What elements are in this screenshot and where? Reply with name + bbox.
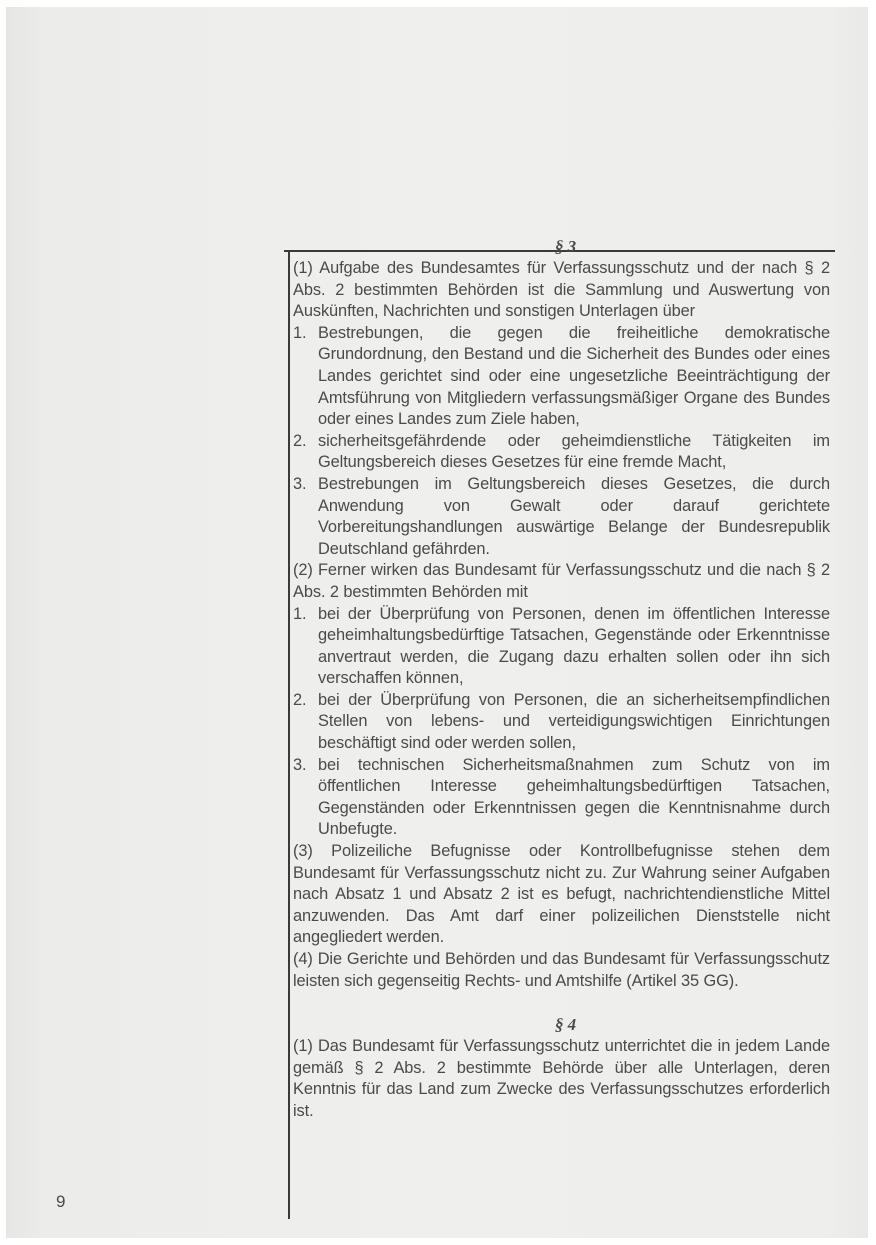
list-item-text: bei technischen Sicherheitsmaßnahmen zum…	[318, 756, 830, 839]
list-item-number: 3.	[293, 474, 306, 496]
list-item-text: sicherheitsgefährdende oder geheimdienst…	[318, 432, 830, 472]
list-3-2: 1. bei der Überprüfung von Personen, den…	[293, 604, 830, 842]
paragraph-3-4: (4) Die Gerichte und Behörden und das Bu…	[293, 949, 830, 992]
paragraph-3-1: (1) Aufgabe des Bundesamtes für Verfassu…	[293, 258, 830, 323]
list-item-text: bei der Überprüfung von Personen, die an…	[318, 691, 830, 752]
list-item: 3. Bestrebungen im Geltungsbereich diese…	[293, 474, 830, 560]
list-item: 2. bei der Überprüfung von Personen, die…	[293, 690, 830, 755]
list-item-number: 1.	[293, 323, 306, 345]
list-item: 2. sicherheitsgefährdende oder geheimdie…	[293, 431, 830, 474]
list-item: 1. Bestrebungen, die gegen die freiheitl…	[293, 323, 830, 431]
paragraph-3-3: (3) Polizeiliche Befugnisse oder Kontrol…	[293, 841, 830, 949]
list-item-text: Bestrebungen im Geltungsbereich dieses G…	[318, 475, 830, 558]
list-item-number: 3.	[293, 755, 306, 777]
list-item-number: 2.	[293, 690, 306, 712]
paragraph-3-2: (2) Ferner wirken das Bundesamt für Verf…	[293, 560, 830, 603]
paragraph-4-1: (1) Das Bundesamt für Verfassungsschutz …	[293, 1036, 830, 1122]
legal-text-block: § 3 (1) Aufgabe des Bundesamtes für Verf…	[293, 236, 830, 1123]
list-item-number: 2.	[293, 431, 306, 453]
list-item: 1. bei der Überprüfung von Personen, den…	[293, 604, 830, 690]
page-number: 9	[56, 1192, 65, 1212]
list-item-text: bei der Überprüfung von Personen, denen …	[318, 605, 830, 688]
list-item: 3. bei technischen Sicherheitsmaßnahmen …	[293, 755, 830, 841]
frame-left-rule	[288, 250, 290, 1219]
section-heading-3: § 3	[293, 236, 830, 258]
list-3-1: 1. Bestrebungen, die gegen die freiheitl…	[293, 323, 830, 561]
section-heading-4: § 4	[293, 1014, 830, 1036]
list-item-number: 1.	[293, 604, 306, 626]
list-item-text: Bestrebungen, die gegen die freiheitlich…	[318, 324, 830, 428]
